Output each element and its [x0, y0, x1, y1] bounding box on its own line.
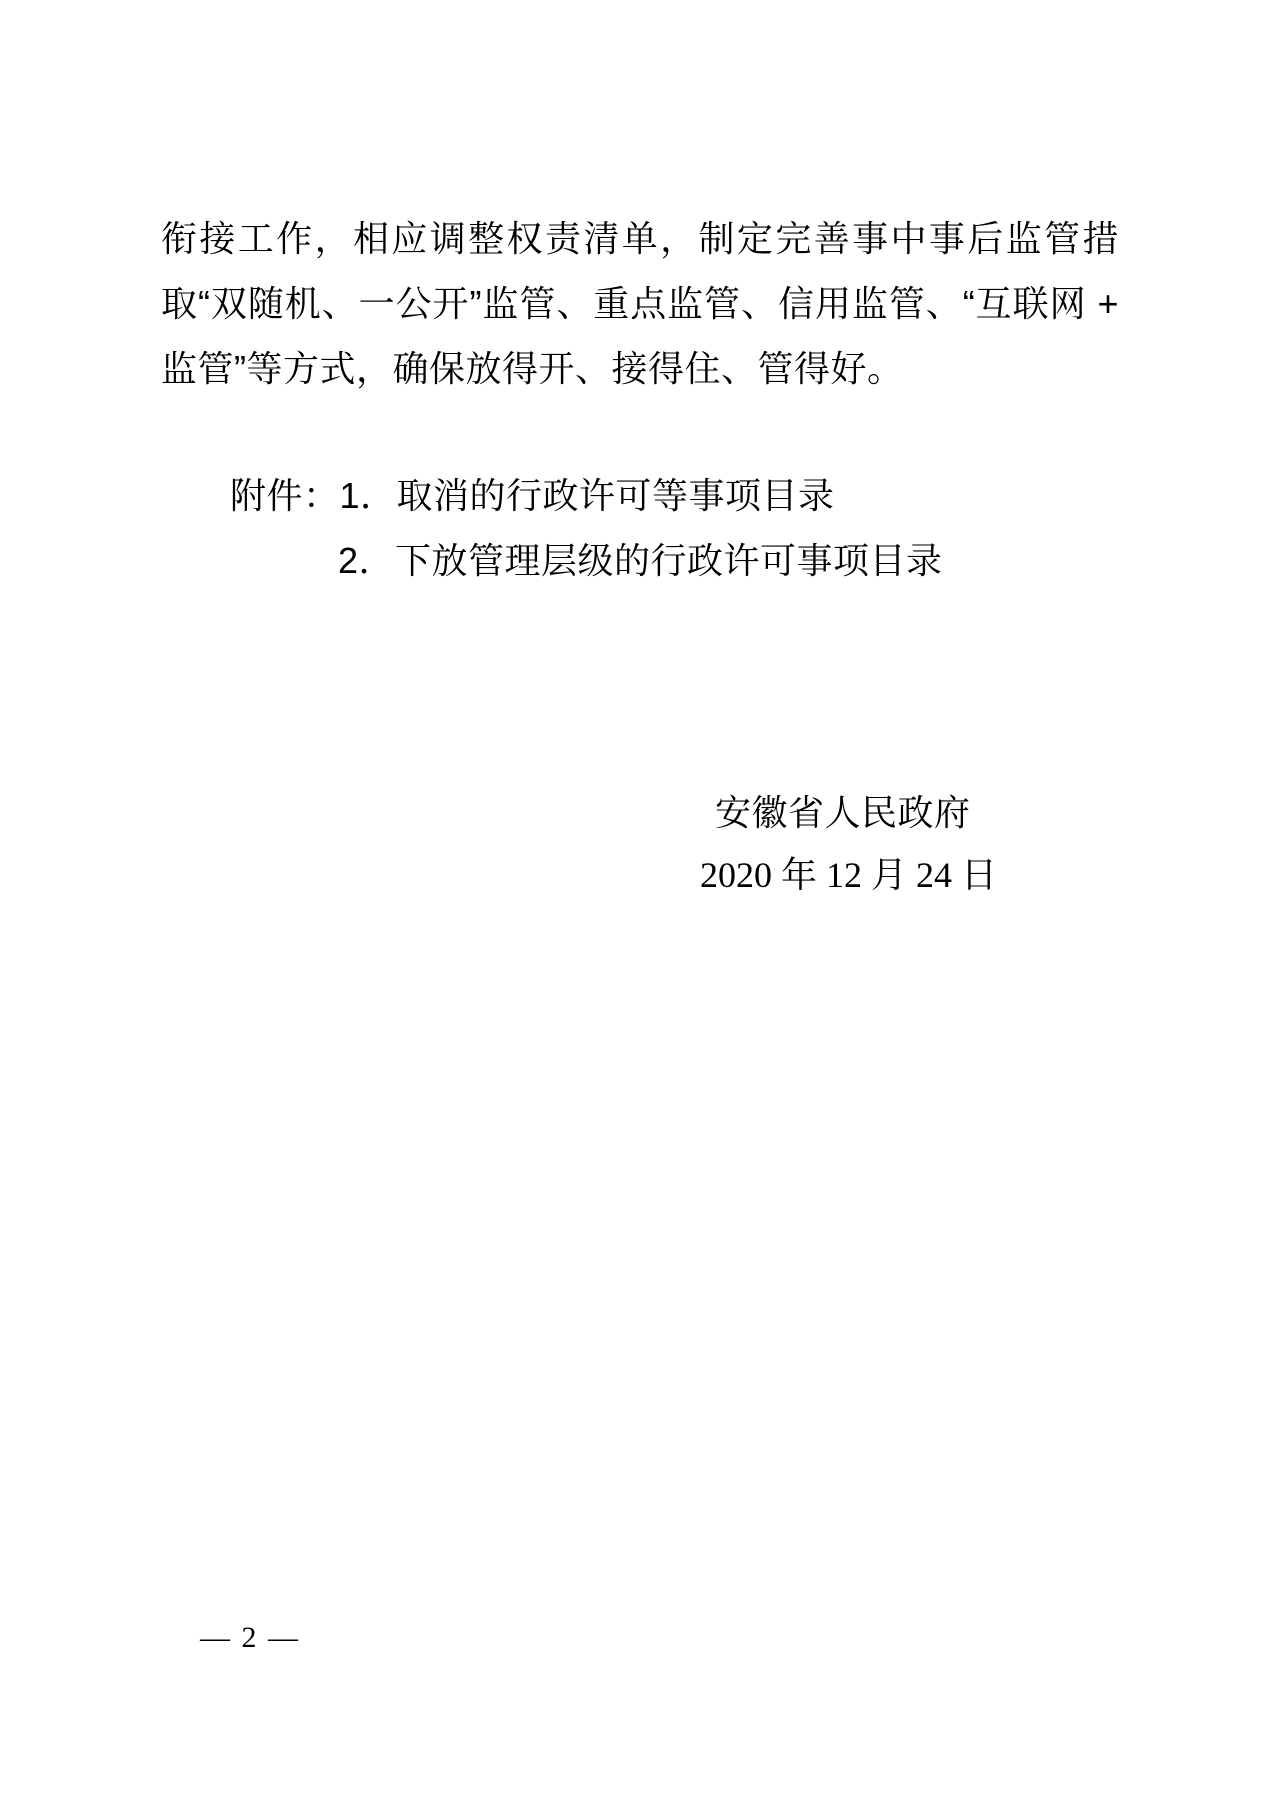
attachment-item-2: 2．下放管理层级的行政许可事项目录: [338, 540, 943, 581]
document-page: 衔接工作，相应调整权责清单，制定完善事中事后监管措施，采 取“双随机、一公开”监…: [0, 0, 1280, 1810]
attachment-item-1: 1．取消的行政许可等事项目录: [340, 475, 835, 516]
paragraph-line-1: 衔接工作，相应调整权责清单，制定完善事中事后监管措施，采: [161, 206, 1119, 271]
body-paragraph: 衔接工作，相应调整权责清单，制定完善事中事后监管措施，采 取“双随机、一公开”监…: [161, 206, 1119, 401]
paragraph-line-3: 监管”等方式，确保放得开、接得住、管得好。: [161, 336, 1119, 401]
attachment-row-2: 2．下放管理层级的行政许可事项目录: [230, 528, 943, 593]
attachments-label: 附件：: [230, 475, 340, 516]
signature-issuer: 安徽省人民政府: [715, 780, 971, 845]
attachment-row-1: 附件：1．取消的行政许可等事项目录: [230, 463, 943, 528]
signature-date: 2020 年 12 月 24 日: [700, 843, 997, 908]
paragraph-line-2: 取“双随机、一公开”监管、重点监管、信用监管、“互联网 +: [161, 271, 1119, 336]
attachments-block: 附件：1．取消的行政许可等事项目录 2．下放管理层级的行政许可事项目录: [230, 463, 943, 593]
page-number: — 2 —: [200, 1618, 300, 1658]
